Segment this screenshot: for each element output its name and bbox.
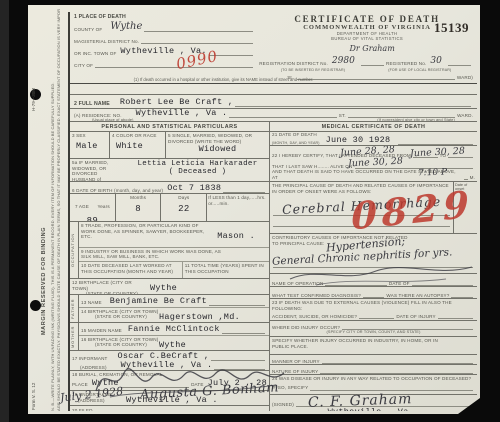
autopsy-line — [451, 292, 473, 298]
print-code: H-79—30M — [31, 41, 36, 111]
signed-label: (SIGNED) — [272, 402, 294, 408]
marital-label: 5 SINGLE, MARRIED, WIDOWED, OR DIVORCED … — [168, 133, 267, 144]
registration-notes: (TO BE INSERTED BY REGISTRAR) (FOR USE O… — [259, 68, 473, 72]
father-name-label: 13 NAME — [81, 300, 102, 306]
county-label: COUNTY OF — [74, 27, 102, 33]
personal-column: 3 SEX Male 4 COLOR OR RACE White 5 SINGL… — [70, 132, 270, 411]
place-of-death-label: 1 PLACE OF DEATH — [74, 14, 255, 20]
autopsy-label: WAS THERE AN AUTOPSY? — [386, 293, 449, 299]
certificate-number: 15139 — [434, 20, 469, 36]
father-side-label: FATHER — [70, 295, 78, 322]
nature-line — [320, 368, 473, 374]
burial-place-label: PLACE — [72, 382, 88, 388]
accident-line — [359, 313, 394, 319]
doctor-name-handwritten: Dr Graham — [350, 44, 395, 53]
full-name-label: 2 FULL NAME — [74, 101, 110, 107]
district-line — [141, 38, 253, 44]
father-block: FATHER 13 NAME Benjamine Be Craft 14 BIR… — [70, 295, 269, 323]
nb-note-line1: N. B.—WRITE PLAINLY, WITH UNFADING INK (… — [50, 9, 55, 411]
nb-note-line2: AGE SHOULD BE STATED EXACTLY. PHYSICIANS… — [56, 9, 61, 411]
spouse-deceased: ( Deceased ) — [126, 168, 269, 176]
regdist-line — [361, 60, 384, 66]
occupation-side-label: OCCUPATION — [70, 222, 78, 278]
external-causes-row: 23 IF DEATH WAS DUE TO EXTERNAL CAUSES (… — [270, 299, 477, 321]
informant-address-line — [214, 364, 265, 370]
total-time-label: 11 TOTAL TIME (YEARS) SPENT IN THIS OCCU… — [183, 262, 269, 278]
age-days-value: 22 — [162, 204, 205, 214]
test-autopsy-row: WHAT TEST CONFIRMED DIAGNOSIS? WAS THERE… — [270, 287, 477, 299]
county-value: Wythe — [110, 21, 142, 32]
binding-margin-note: MARGIN RESERVED FOR BINDING — [41, 115, 47, 335]
contributory-rule — [273, 267, 473, 268]
full-name-value: Robert Lee Be Craft , — [120, 97, 233, 107]
registration-line: REGISTRATION DISTRICT No. 2980 REGISTERE… — [259, 56, 473, 66]
scan-background: H-79—30M MARGIN RESERVED FOR BINDING N. … — [0, 0, 500, 422]
marital-value: Widowed — [168, 144, 267, 154]
time-of-death-handwritten: 7:10 P — [418, 167, 447, 178]
date-of-death-line — [398, 139, 473, 145]
age-months-cell: Months 8 — [116, 194, 162, 221]
punch-hole-bottom — [30, 300, 41, 311]
nature-label: NATURE OF INJURY — [272, 369, 318, 375]
medical-section-title: MEDICAL CERTIFICATE OF DEATH — [270, 122, 477, 131]
dob-value: Oct 7 1838 — [167, 183, 221, 193]
contributory-block: CONTRIBUTORY CAUSES OF IMPORTANCE NOT RE… — [270, 234, 477, 274]
dob-line — [223, 187, 265, 193]
manner-line — [322, 358, 473, 364]
card-corner-shadow — [458, 398, 480, 414]
test-line — [363, 292, 385, 298]
mother-side-cell: MOTHER — [70, 323, 79, 350]
mother-block: MOTHER 15 MAIDEN NAME Fannie McClintock … — [70, 323, 269, 351]
bureau-line: BUREAU OF VITAL STATISTICS — [257, 36, 477, 41]
trade-label: 8 TRADE, PROFESSION, OR PARTICULAR KIND … — [81, 223, 207, 240]
father-birthplace-row: 14 BIRTHPLACE (CITY OR TOWN) (STATE OR C… — [79, 308, 269, 322]
ward-note: WARD) — [457, 75, 473, 81]
mother-birthplace-value: Wythe — [159, 337, 267, 349]
last-worked-row: 10 DATE DECEASED LAST WORKED AT THIS OCC… — [79, 262, 269, 278]
father-name-value: Benjamine Be Craft — [110, 296, 207, 306]
registration-district-label: REGISTRATION DISTRICT No. — [259, 61, 328, 67]
days-label: Days — [162, 195, 205, 201]
test-label: WHAT TEST CONFIRMED DIAGNOSIS? — [272, 293, 361, 299]
external-causes-label: 23 IF DEATH WAS DUE TO EXTERNAL CAUSES (… — [272, 300, 475, 311]
date-of-injury-line — [438, 313, 473, 319]
operation-row: NAME OF OPERATION DATE OF — [270, 274, 477, 287]
date-of-injury-label: DATE OF INJURY — [396, 314, 435, 320]
dob-row: 6 DATE OF BIRTH (month, day, and year) O… — [70, 182, 269, 194]
years-label: Years — [97, 204, 109, 209]
age-label: 7 AGE — [75, 204, 89, 209]
mother-birthplace-row: 16 BIRTHPLACE (CITY OR TOWN) (STATE OR C… — [79, 336, 269, 350]
registration-district-value: 2980 — [332, 56, 355, 66]
scanner-edge — [0, 0, 9, 422]
informant-row: 17 INFORMANT Oscar C.BeCraft , (ADDRESS)… — [70, 351, 269, 371]
registered-no-label: REGISTERED No. — [386, 61, 426, 67]
operation-date-line — [412, 280, 473, 286]
occupation-side-cell: OCCUPATION — [70, 222, 79, 278]
trade-row: 8 TRADE, PROFESSION, OR PARTICULAR KIND … — [79, 222, 269, 248]
industry-label: 9 INDUSTRY OR BUSINESS IN WHICH WORK WAS… — [81, 249, 230, 260]
inserted-by-registrar-note: (TO BE INSERTED BY REGISTRAR) — [281, 68, 345, 72]
where-injury-note: (SPECIFY CITY OR TOWN, COUNTY, AND STATE… — [272, 330, 475, 335]
date-of-death-value: June 30 1928 — [326, 135, 391, 145]
city-line — [95, 62, 253, 68]
manner-row: MANNER OF INJURY — [270, 355, 477, 365]
mother-birthplace-sublabel: (STATE OR COUNTRY) — [81, 342, 159, 348]
father-name-row: 13 NAME Benjamine Be Craft — [79, 295, 269, 308]
city-label: CITY OF — [74, 63, 93, 69]
signature-block: (SIGNED) C. F. Graham Wytheville , Va . … — [270, 395, 477, 411]
sex-value: Male — [76, 141, 107, 151]
age-months-value: 8 — [117, 204, 160, 214]
street-label: ST. — [339, 113, 346, 119]
race-value: White — [116, 141, 163, 151]
industry-row: 9 INDUSTRY OR BUSINESS IN WHICH WORK WAS… — [79, 248, 269, 263]
magisterial-district-label: MAGISTERIAL DISTRICT No. — [74, 39, 139, 45]
filed-label: 20 FILED — [72, 408, 93, 409]
spouse-label: 5a IF MARRIED, WIDOWED, OR DIVORCED — [72, 160, 124, 177]
full-name-row: 2 FULL NAME Robert Lee Be Craft , — [70, 95, 477, 109]
sex-label: 3 SEX — [72, 133, 107, 139]
title-block: CERTIFICATE OF DEATH COMMONWEALTH OF VIR… — [257, 12, 477, 83]
filed-row: 20 FILED — [70, 406, 269, 411]
father-birthplace-value: Hagerstown ,Md. — [159, 309, 267, 321]
trade-value: Mason . — [217, 231, 255, 241]
inc-town-label: OR INC. TOWN OF — [74, 51, 116, 57]
manner-label: MANNER OF INJURY — [272, 359, 320, 365]
operation-line — [325, 280, 386, 286]
residence-value: Wytheville , Va . — [136, 109, 228, 118]
county-line — [144, 26, 253, 32]
occupation-block: OCCUPATION 8 TRADE, PROFESSION, OR PARTI… — [70, 222, 269, 279]
age-row: 7 AGE Years 89 Months 8 Days 22 — [70, 194, 269, 222]
mother-name-label: 15 MAIDEN NAME — [81, 328, 122, 334]
spouse-row: 5a IF MARRIED, WIDOWED, OR DIVORCED HUSB… — [70, 159, 269, 182]
form-code: Form V. S. 12 — [31, 335, 36, 410]
dob-label: 6 DATE OF BIRTH (month, day, and year) — [72, 188, 163, 194]
mother-name-line — [222, 328, 265, 334]
age-years-cell: 7 AGE Years 89 — [70, 194, 116, 221]
time-line — [464, 174, 468, 180]
father-name-line — [209, 300, 265, 306]
mother-name-value: Fannie McClintock — [128, 324, 220, 334]
race-label: 4 COLOR OR RACE — [112, 133, 163, 139]
local-registrar-note: (FOR USE OF LOCAL REGISTRAR) — [388, 68, 451, 72]
operation-label: NAME OF OPERATION — [272, 281, 323, 287]
birthplace-row: 12 BIRTHPLACE (CITY OR TOWN) (STATE OR C… — [70, 279, 269, 295]
residence-row: (A) RESIDENCE: NO. Wytheville , Va . ST.… — [70, 109, 477, 122]
form-columns: 3 SEX Male 4 COLOR OR RACE White 5 SINGL… — [70, 132, 477, 411]
sex-race-marital-row: 3 SEX Male 4 COLOR OR RACE White 5 SINGL… — [70, 132, 269, 159]
personal-section-title: PERSONAL AND STATISTICAL PARTICULARS — [70, 122, 270, 131]
father-birthplace-sublabel: (STATE OR COUNTRY) — [81, 314, 159, 320]
informant-address-label: (ADDRESS) — [72, 365, 107, 371]
ward2-label: WARD. — [457, 113, 473, 119]
certify-row: 22 I HEREBY CERTIFY, THAT I ATTENDED DEC… — [270, 146, 477, 182]
less-than-day-cell: If LESS than 1 day,.....hrs. or.....min. — [207, 194, 269, 221]
place-of-death-block: 1 PLACE OF DEATH COUNTY OF Wythe MAGISTE… — [70, 12, 257, 83]
specify-injury-row: SPECIFY WHETHER INJURY OCCURRED IN INDUS… — [270, 337, 477, 355]
age-days-cell: Days 22 — [161, 194, 207, 221]
residence-line — [229, 112, 336, 118]
specify-injury-label: SPECIFY WHETHER INJURY OCCURRED IN INDUS… — [272, 338, 445, 349]
nature-row: NATURE OF INJURY — [270, 365, 477, 375]
less-than-day-label: If LESS than 1 day,.....hrs. or.....min. — [208, 195, 268, 206]
where-injury-row: WHERE DID INJURY OCCUR? (SPECIFY CITY OR… — [270, 321, 477, 337]
birthplace-label: 12 BIRTHPLACE (CITY OR TOWN) — [72, 280, 148, 291]
hospital-note: (1) If death occurred in a hospital or o… — [90, 77, 357, 82]
date-of-death-label: 21 DATE OF DEATH — [272, 132, 317, 137]
spouse-name: Lettia Leticia Harkarader — [126, 160, 269, 168]
certificate-card: H-79—30M MARGIN RESERVED FOR BINDING N. … — [28, 5, 480, 414]
medical-column: 21 DATE OF DEATH (MONTH, DAY, AND YEAR) … — [270, 132, 477, 411]
residence-length-line: Length of residence in city or town wher… — [70, 84, 477, 95]
months-label: Months — [117, 195, 160, 201]
form-header: 1 PLACE OF DEATH COUNTY OF Wythe MAGISTE… — [70, 12, 477, 84]
full-name-line — [235, 101, 471, 107]
father-side-cell: FATHER — [70, 295, 79, 322]
birthplace-value: Wythe — [150, 279, 269, 294]
informant-address-value: Wytheville , Va . — [121, 360, 213, 370]
registered-line — [448, 60, 471, 66]
last-worked-label: 10 DATE DECEASED LAST WORKED AT THIS OCC… — [79, 262, 183, 278]
date-of-death-row: 21 DATE OF DEATH (MONTH, DAY, AND YEAR) … — [270, 132, 477, 146]
mother-name-row: 15 MAIDEN NAME Fannie McClintock — [79, 323, 269, 336]
m-label: M. — [470, 175, 475, 181]
mother-side-label: MOTHER — [70, 323, 78, 350]
section-header-row: PERSONAL AND STATISTICAL PARTICULARS MED… — [70, 122, 477, 132]
registered-no-value: 30 — [430, 56, 441, 66]
if-so-specify-line — [310, 385, 473, 391]
date-of-death-sublabel: (MONTH, DAY, AND YEAR) — [272, 141, 320, 145]
accident-label: ACCIDENT, SUICIDE, OR HOMICIDE? — [272, 314, 357, 320]
operation-date-label: DATE OF — [389, 281, 410, 287]
